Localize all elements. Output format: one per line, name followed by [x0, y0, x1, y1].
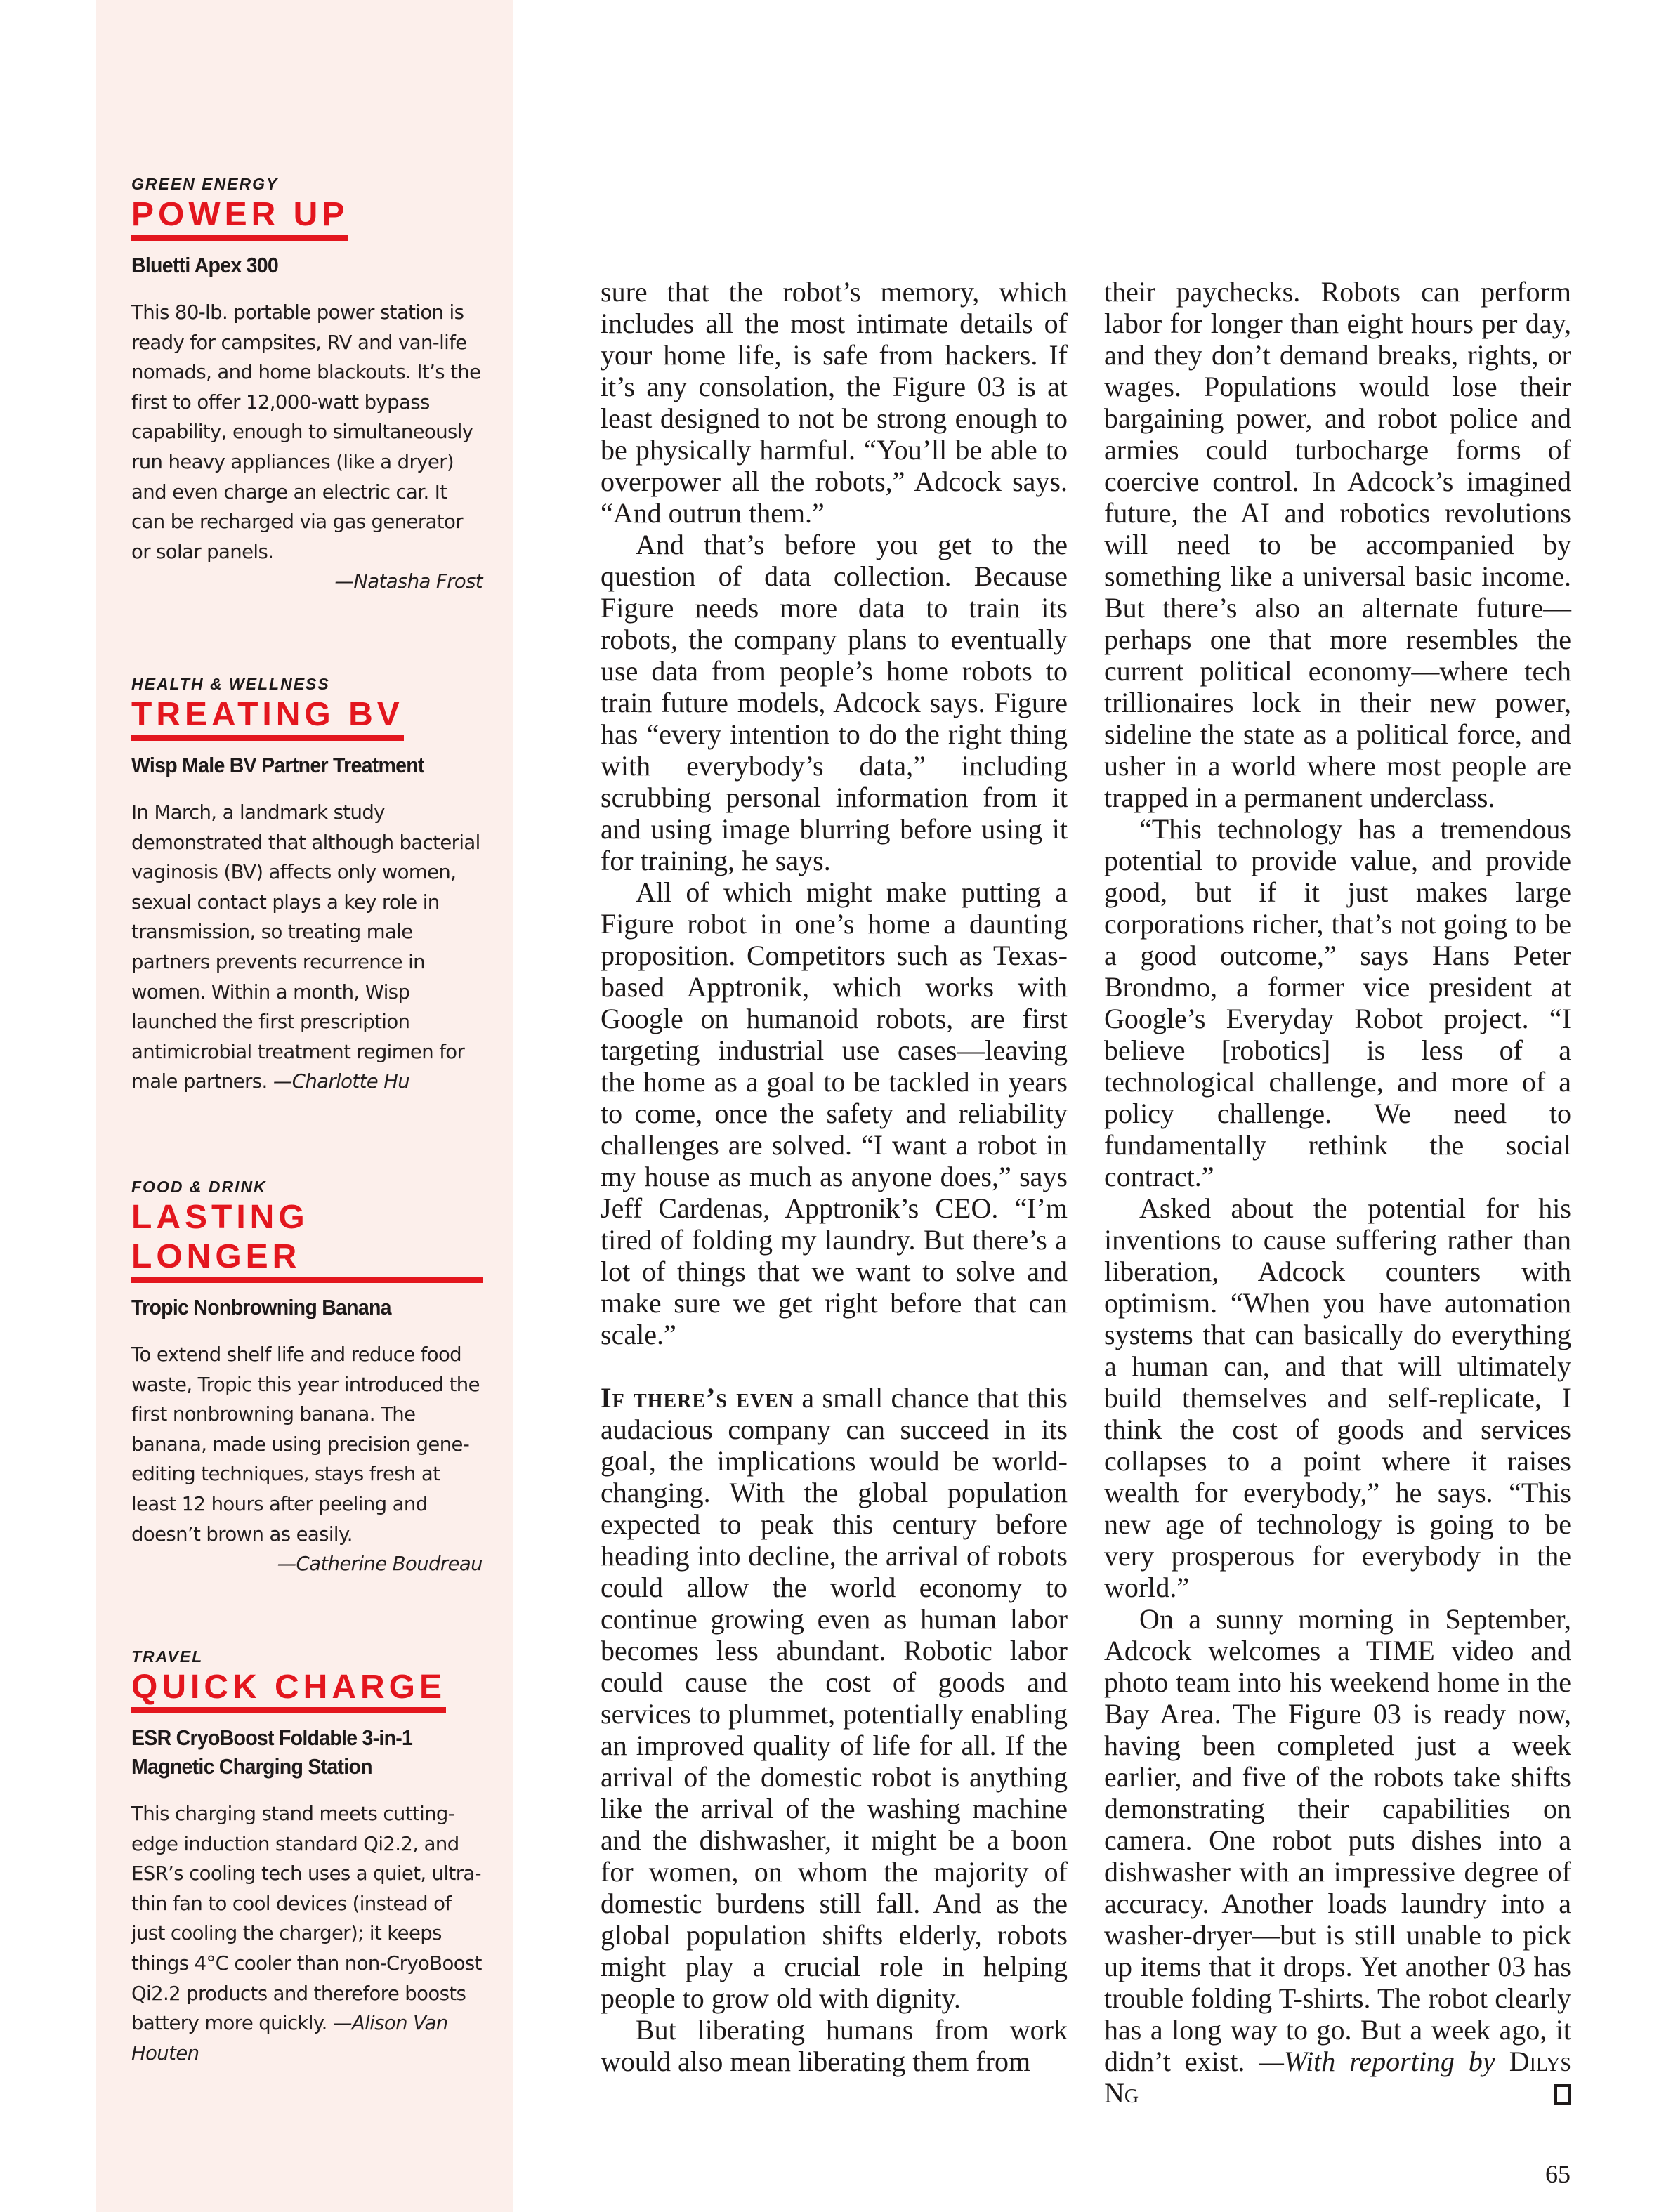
paragraph-final: On a sunny morning in September, Adcock …: [1104, 1603, 1571, 2109]
end-of-story-square-icon: [1554, 2084, 1571, 2105]
section-headline: POWER UP: [131, 195, 348, 241]
item-credit: —Charlotte Hu: [273, 1070, 409, 1093]
paragraph: their paychecks. Robots can perform labo…: [1104, 276, 1571, 813]
category-label: GREEN ENERGY: [131, 174, 483, 194]
paragraph: And that’s before you get to the questio…: [601, 529, 1068, 876]
item-body: This charging stand meets cutting-edge i…: [131, 1799, 483, 2068]
section-headline: TREATING BV: [131, 695, 404, 741]
product-name: Tropic Nonbrowning Banana: [131, 1293, 480, 1322]
sidebar-item-food-drink: FOOD & DRINK LASTING LONGER Tropic Nonbr…: [131, 1177, 483, 1579]
item-credit: —Natasha Frost: [131, 567, 483, 597]
category-label: TRAVEL: [131, 1647, 483, 1666]
reporting-credit-label: —With reporting by: [1259, 2046, 1495, 2077]
sidebar-item-green-energy: GREEN ENERGY POWER UP Bluetti Apex 300 T…: [131, 174, 483, 597]
item-body: This 80-lb. portable power station is re…: [131, 298, 483, 597]
article-column-middle: sure that the robot’s memory, which incl…: [601, 276, 1068, 2077]
product-name: Bluetti Apex 300: [131, 251, 480, 279]
item-body-text: In March, a landmark study demonstrated …: [131, 801, 480, 1093]
category-label: HEALTH & WELLNESS: [131, 674, 483, 694]
product-name: Wisp Male BV Partner Treatment: [131, 751, 480, 779]
paragraph-text: a small chance that this audacious compa…: [601, 1382, 1068, 2014]
category-label: FOOD & DRINK: [131, 1177, 483, 1197]
section-headline: LASTING LONGER: [131, 1198, 483, 1283]
section-lead-paragraph: If there’s even a small chance that this…: [601, 1382, 1068, 2014]
item-body-text: This 80-lb. portable power station is re…: [131, 301, 480, 563]
article-column-right: their paychecks. Robots can perform labo…: [1104, 276, 1571, 2109]
paragraph: “This technology has a tremendous potent…: [1104, 813, 1571, 1192]
product-name: ESR CryoBoost Foldable 3-in-1 Magnetic C…: [131, 1723, 480, 1781]
sidebar-item-health-wellness: HEALTH & WELLNESS TREATING BV Wisp Male …: [131, 674, 483, 1097]
page-number: 65: [1545, 2159, 1571, 2189]
paragraph: All of which might make putting a Figure…: [601, 876, 1068, 1350]
paragraph-text: On a sunny morning in September, Adcock …: [1104, 1603, 1571, 2077]
lead-in-smallcaps: If there’s even: [601, 1382, 794, 1414]
paragraph: But liberating humans from work would al…: [601, 2014, 1068, 2077]
item-body: In March, a landmark study demonstrated …: [131, 798, 483, 1097]
section-headline: QUICK CHARGE: [131, 1668, 446, 1713]
item-body-text: To extend shelf life and reduce food was…: [131, 1343, 480, 1546]
sidebar-panel: GREEN ENERGY POWER UP Bluetti Apex 300 T…: [96, 0, 513, 2212]
item-body-text: This charging stand meets cutting-edge i…: [131, 1803, 482, 2034]
paragraph: sure that the robot’s memory, which incl…: [601, 276, 1068, 529]
sidebar-item-travel: TRAVEL QUICK CHARGE ESR CryoBoost Foldab…: [131, 1647, 483, 2068]
item-credit: —Catherine Boudreau: [131, 1549, 483, 1579]
paragraph: Asked about the potential for his invent…: [1104, 1192, 1571, 1603]
item-body: To extend shelf life and reduce food was…: [131, 1340, 483, 1579]
